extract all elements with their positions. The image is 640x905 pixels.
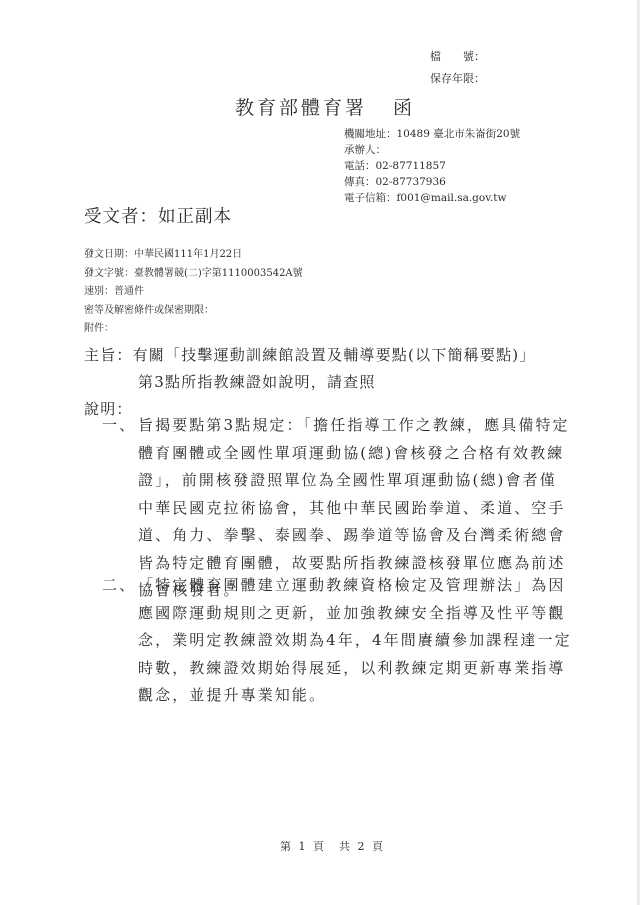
item-number: 二、 [102,572,136,600]
subject-line-1: 有關「技擊運動訓練館設置及輔導要點(以下簡稱要點)」 [133,346,536,364]
file-info-block: 檔 號： 保存年限： [430,46,485,90]
attachment: 附件： [84,320,303,339]
document-title: 教育部體育署函 [235,93,415,120]
item-line: 證」，前開核發證照單位為全國性單項運動協(總)會者僅 [138,467,570,495]
retention-label: 保存年限： [430,68,485,90]
meta-block: 發文日期：中華民國111年1月22日 發文字號：臺教體署競(二)字第111000… [84,246,303,339]
secrecy-level: 密等及解密條件或保密期限： [84,302,303,321]
subject-block: 主旨：有關「技擊運動訓練館設置及輔導要點(以下簡稱要點)」 第3點所指教練證如說… [84,342,536,396]
file-number-label: 檔 號： [430,46,485,68]
item-number: 一、 [102,412,136,440]
contact-block: 機關地址：10489 臺北市朱崙街20號 承辦人： 電話：02-87711857… [344,126,520,206]
item-line: 念，業明定教練證效期為4年，4年間賡續參加課程達一定 [138,627,572,655]
page-number: 第 1 頁 共 2 頁 [280,838,385,854]
handler: 承辦人： [344,142,520,158]
document-type: 函 [393,97,415,119]
item-line: 時數，教練證效期始得展延，以利教練定期更新專業指導 [138,655,572,683]
item-line: 「特定體育團體建立運動教練資格檢定及管理辦法」為因 [138,572,572,600]
document-number: 發文字號：臺教體署競(二)字第1110003542A號 [84,265,303,284]
issue-date: 發文日期：中華民國111年1月22日 [84,246,303,265]
speed-class: 速別：普通件 [84,283,303,302]
phone: 電話：02-87711857 [344,158,520,174]
item-line: 道、角力、拳擊、泰國拳、踢拳道等協會及台灣柔術總會 [138,522,570,550]
item-line: 應國際運動規則之更新，並加強教練安全指導及性平等觀 [138,600,572,628]
fax: 傳真：02-87737936 [344,174,520,190]
subject-line-2: 第3點所指教練證如說明，請查照 [84,369,536,396]
item-line: 體育團體或全國性單項運動協(總)會核發之合格有效教練 [138,440,570,468]
agency-address: 機關地址：10489 臺北市朱崙街20號 [344,126,520,142]
email: 電子信箱：f001@mail.sa.gov.tw [344,190,520,206]
item-line: 旨揭要點第3點規定：「擔任指導工作之教練，應具備特定 [138,412,570,440]
item-line: 觀念，並提升專業知能。 [138,682,572,710]
item-line: 中華民國克拉術協會，其他中華民國跆拳道、柔道、空手 [138,495,570,523]
recipient: 受文者：如正副本 [84,203,232,228]
agency-name: 教育部體育署 [235,97,367,119]
subject-label: 主旨： [84,346,133,364]
